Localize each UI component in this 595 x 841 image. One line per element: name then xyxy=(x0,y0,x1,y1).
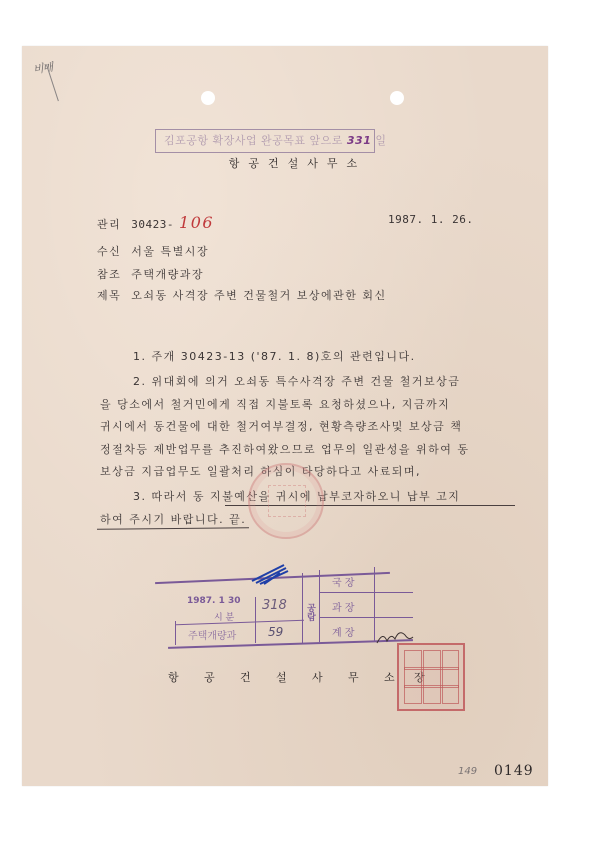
body-line-8: 하여 주시기 바랍니다. 끝. xyxy=(100,511,246,527)
receipt-left-border xyxy=(175,621,176,645)
subject-label: 제목 xyxy=(97,289,121,302)
cc-line: 참조 주택개량과장 xyxy=(97,266,204,282)
blue-signature xyxy=(250,563,290,585)
receipt-time: 시 분 xyxy=(214,610,234,623)
body-line-1: 1. 주개 30423-13 ('87. 1. 8)호의 관련입니다. xyxy=(133,348,416,364)
reference-label: 관리 xyxy=(97,218,121,231)
official-seal xyxy=(397,643,465,711)
document-date: 1987. 1. 26. xyxy=(388,213,473,226)
punch-hole-right xyxy=(390,91,404,105)
reference-line: 관리 30423- 106 xyxy=(97,213,214,232)
punch-hole-left xyxy=(201,91,215,105)
approval-section-chief: 과 장 xyxy=(332,599,355,614)
body-line-5: 정절차등 제반업무를 추진하여왔으므로 업무의 일관성을 위하여 동 xyxy=(100,441,470,457)
subject-line: 제목 오쇠동 사격장 주변 건물철거 보상에관한 회신 xyxy=(97,287,387,303)
circulation-label: 공람 xyxy=(304,603,317,621)
recipient-line: 수신 서울 특별시장 xyxy=(97,243,209,259)
approval-bureau-chief: 국 장 xyxy=(332,574,355,589)
receipt-row-line-1 xyxy=(320,592,413,593)
body-line-3: 을 당소에서 철거민에게 직접 지불토록 요청하셨으나, 지금까지 xyxy=(100,396,450,412)
issuer-char: 사 xyxy=(312,669,348,685)
countdown-stamp-suffix: 일 xyxy=(375,134,386,147)
office-header: 항공건설사무소 xyxy=(0,155,595,171)
reference-number: 30423- xyxy=(131,218,174,231)
receipt-department: 주택개량과 xyxy=(188,627,236,642)
recipient-label: 수신 xyxy=(97,245,121,258)
receipt-initial: 59 xyxy=(268,625,283,639)
receipt-divider-2 xyxy=(302,573,303,643)
receipt-divider-3 xyxy=(319,570,320,642)
received-date-seal xyxy=(248,463,324,539)
receipt-mid-border xyxy=(176,620,304,625)
issuer-char: 항 xyxy=(168,669,204,685)
body-line-4: 귀시에서 동건물에 대한 철거여부결정, 현황측량조사및 보상금 책 xyxy=(100,418,462,434)
handwritten-page-number: 149 xyxy=(458,766,477,777)
body-line-2: 2. 위대회에 의거 오쇠동 특수사격장 주변 건물 철거보상금 xyxy=(133,373,460,389)
receipt-date: 1987. 1 30 xyxy=(187,596,241,606)
reference-handwritten: 106 xyxy=(179,213,214,232)
cc: 주택개량과장 xyxy=(131,268,204,281)
cc-label: 참조 xyxy=(97,268,121,281)
receipt-divider-1 xyxy=(255,597,256,643)
countdown-stamp-prefix: 김포공항 확장사업 완공목표 앞으로 xyxy=(164,134,343,147)
stamped-page-number: 0149 xyxy=(494,763,534,779)
subject: 오쇠동 사격장 주변 건물철거 보상에관한 회신 xyxy=(131,289,386,302)
issuer-char: 건 xyxy=(240,669,276,685)
countdown-days: 331 xyxy=(347,134,371,147)
issuer-char: 설 xyxy=(276,669,312,685)
approval-unit-chief: 계 장 xyxy=(332,624,355,639)
issuer-char: 무 xyxy=(348,669,384,685)
receipt-row-line-2 xyxy=(320,617,413,618)
receipt-number: 318 xyxy=(262,598,287,613)
countdown-stamp: 김포공항 확장사업 완공목표 앞으로 331 일 xyxy=(155,129,375,153)
recipient: 서울 특별시장 xyxy=(131,245,209,258)
issuer-char: 공 xyxy=(204,669,240,685)
